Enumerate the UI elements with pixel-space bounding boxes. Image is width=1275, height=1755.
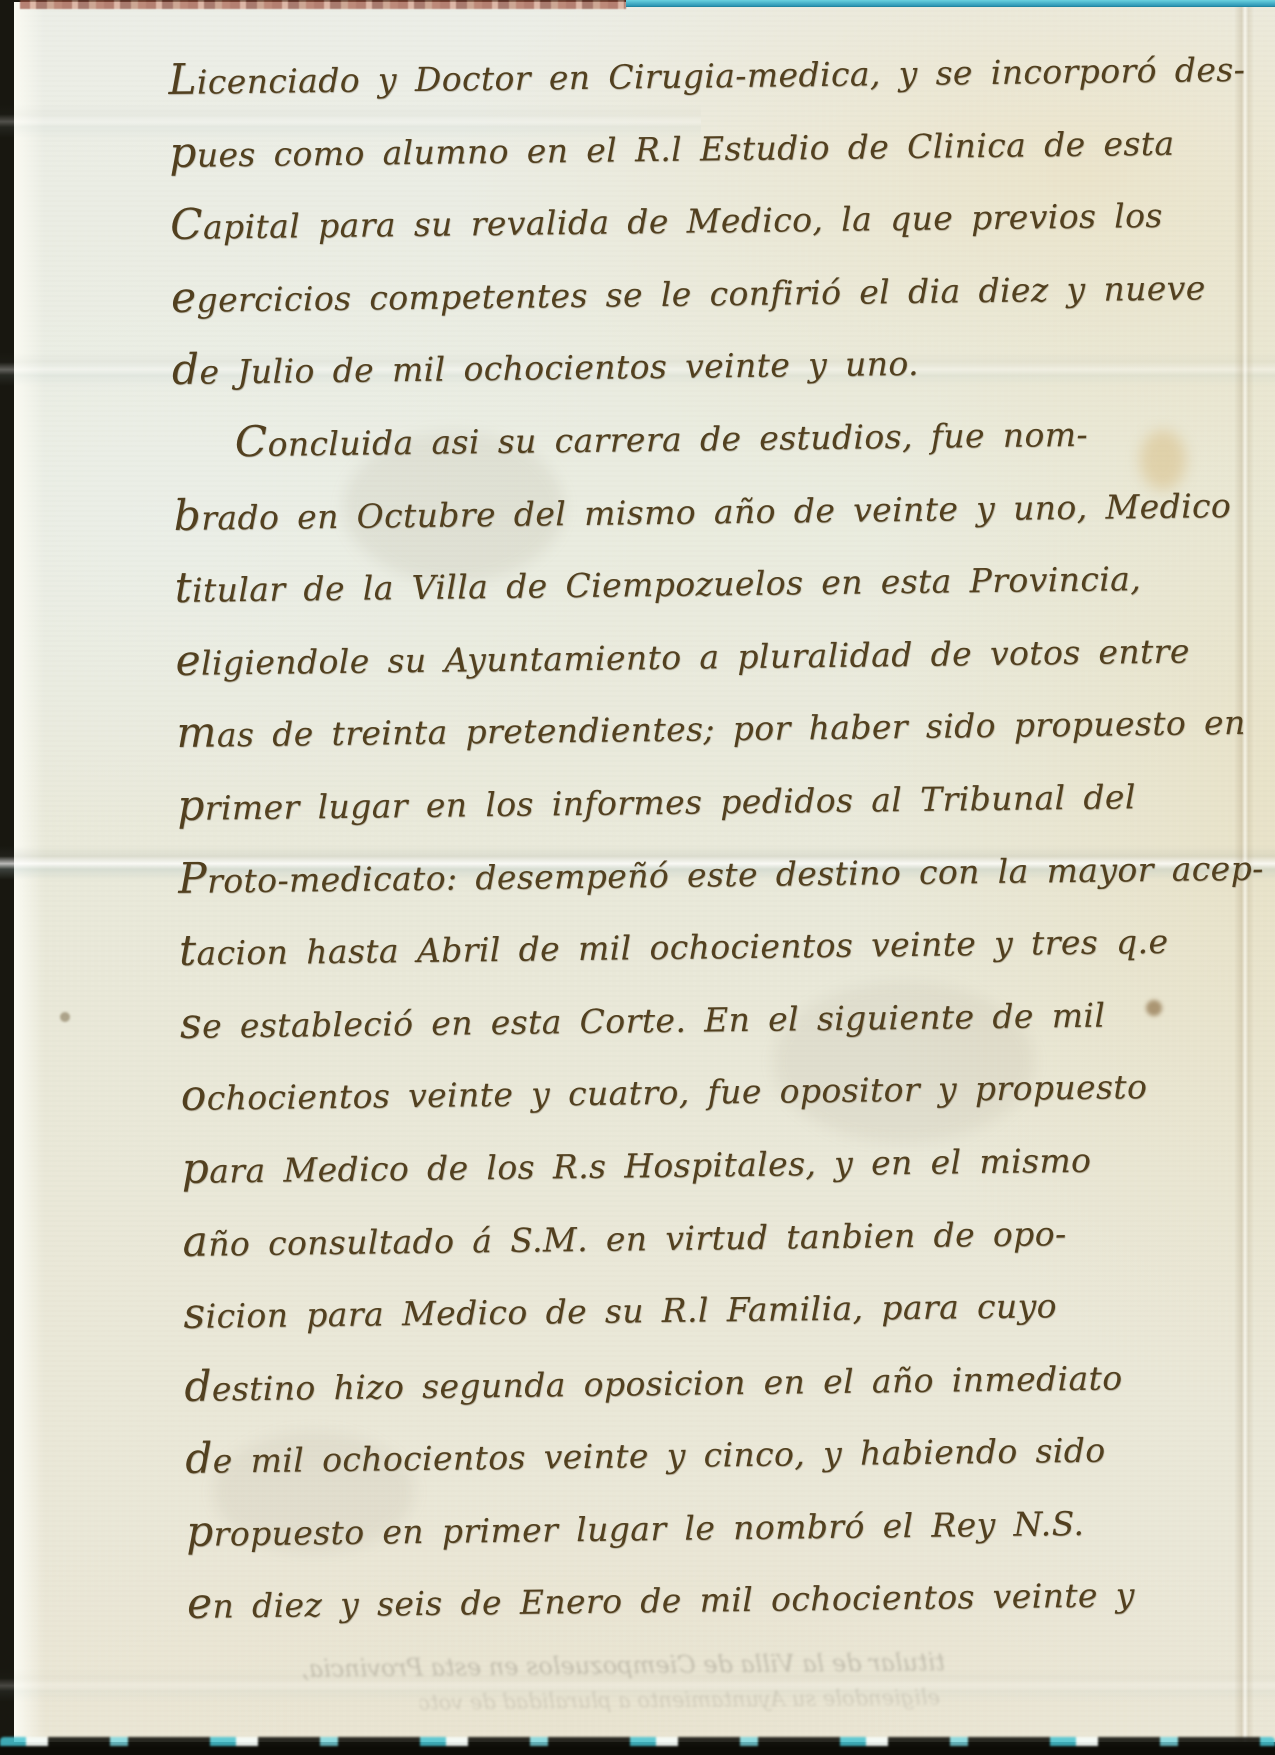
handwritten-text-block: Licenciado y Doctor en Cirugia-medica, y…: [168, 32, 1179, 1641]
manuscript-line: ochocientos veinte y cuatro, fue oposito…: [180, 1048, 1173, 1133]
manuscript-line: en diez y seis de Enero de mil ochocient…: [187, 1556, 1180, 1641]
ink-spot: [60, 1012, 70, 1022]
deckle-edge-bottom: [0, 1737, 1275, 1746]
manuscript-line: se estableció en esta Corte. En el sigui…: [180, 976, 1173, 1061]
manuscript-line: tacion hasta Abril de mil ochocientos ve…: [179, 903, 1172, 988]
manuscript-line: Proto-medicato: desempeñó este destino c…: [178, 830, 1171, 915]
manuscript-line: año consultado á S.M. en virtud tanbien …: [182, 1193, 1175, 1278]
manuscript-line: brado en Octubre del mismo año de veinte…: [173, 467, 1166, 552]
manuscript-line: egercicios competentes se le confirió el…: [171, 250, 1164, 335]
manuscript-line: mas de treinta pretendientes; por haber …: [176, 685, 1169, 770]
manuscript-line: eligiendole su Ayuntamiento a pluralidad…: [175, 613, 1168, 698]
deckle-edge-top-left: [20, 0, 626, 9]
manuscript-line: titular de la Villa de Ciempozuelos en e…: [174, 540, 1167, 625]
manuscript-line: primer lugar en los informes pedidos al …: [177, 758, 1170, 843]
manuscript-line: destino hizo segunda oposicion en el año…: [184, 1338, 1177, 1423]
manuscript-line: Capital para su revalida de Medico, la q…: [170, 177, 1163, 262]
manuscript-line: sicion para Medico de su R.l Familia, pa…: [183, 1266, 1176, 1351]
manuscript-line: de mil ochocientos veinte y cinco, y hab…: [185, 1411, 1178, 1496]
manuscript-line: propuesto en primer lugar le nombró el R…: [186, 1484, 1179, 1569]
manuscript-line: para Medico de los R.s Hospitales, y en …: [181, 1121, 1174, 1206]
deckle-edge-top-cyan: [626, 0, 1275, 7]
scanned-manuscript-page: Licenciado y Doctor en Cirugia-medica, y…: [0, 0, 1275, 1755]
manuscript-line: Concluida asi su carrera de estudios, fu…: [172, 395, 1165, 480]
manuscript-line: Licenciado y Doctor en Cirugia-medica, y…: [168, 32, 1161, 117]
manuscript-line: pues como alumno en el R.l Estudio de Cl…: [169, 104, 1162, 189]
manuscript-line: de Julio de mil ochocientos veinte y uno…: [172, 322, 1165, 407]
